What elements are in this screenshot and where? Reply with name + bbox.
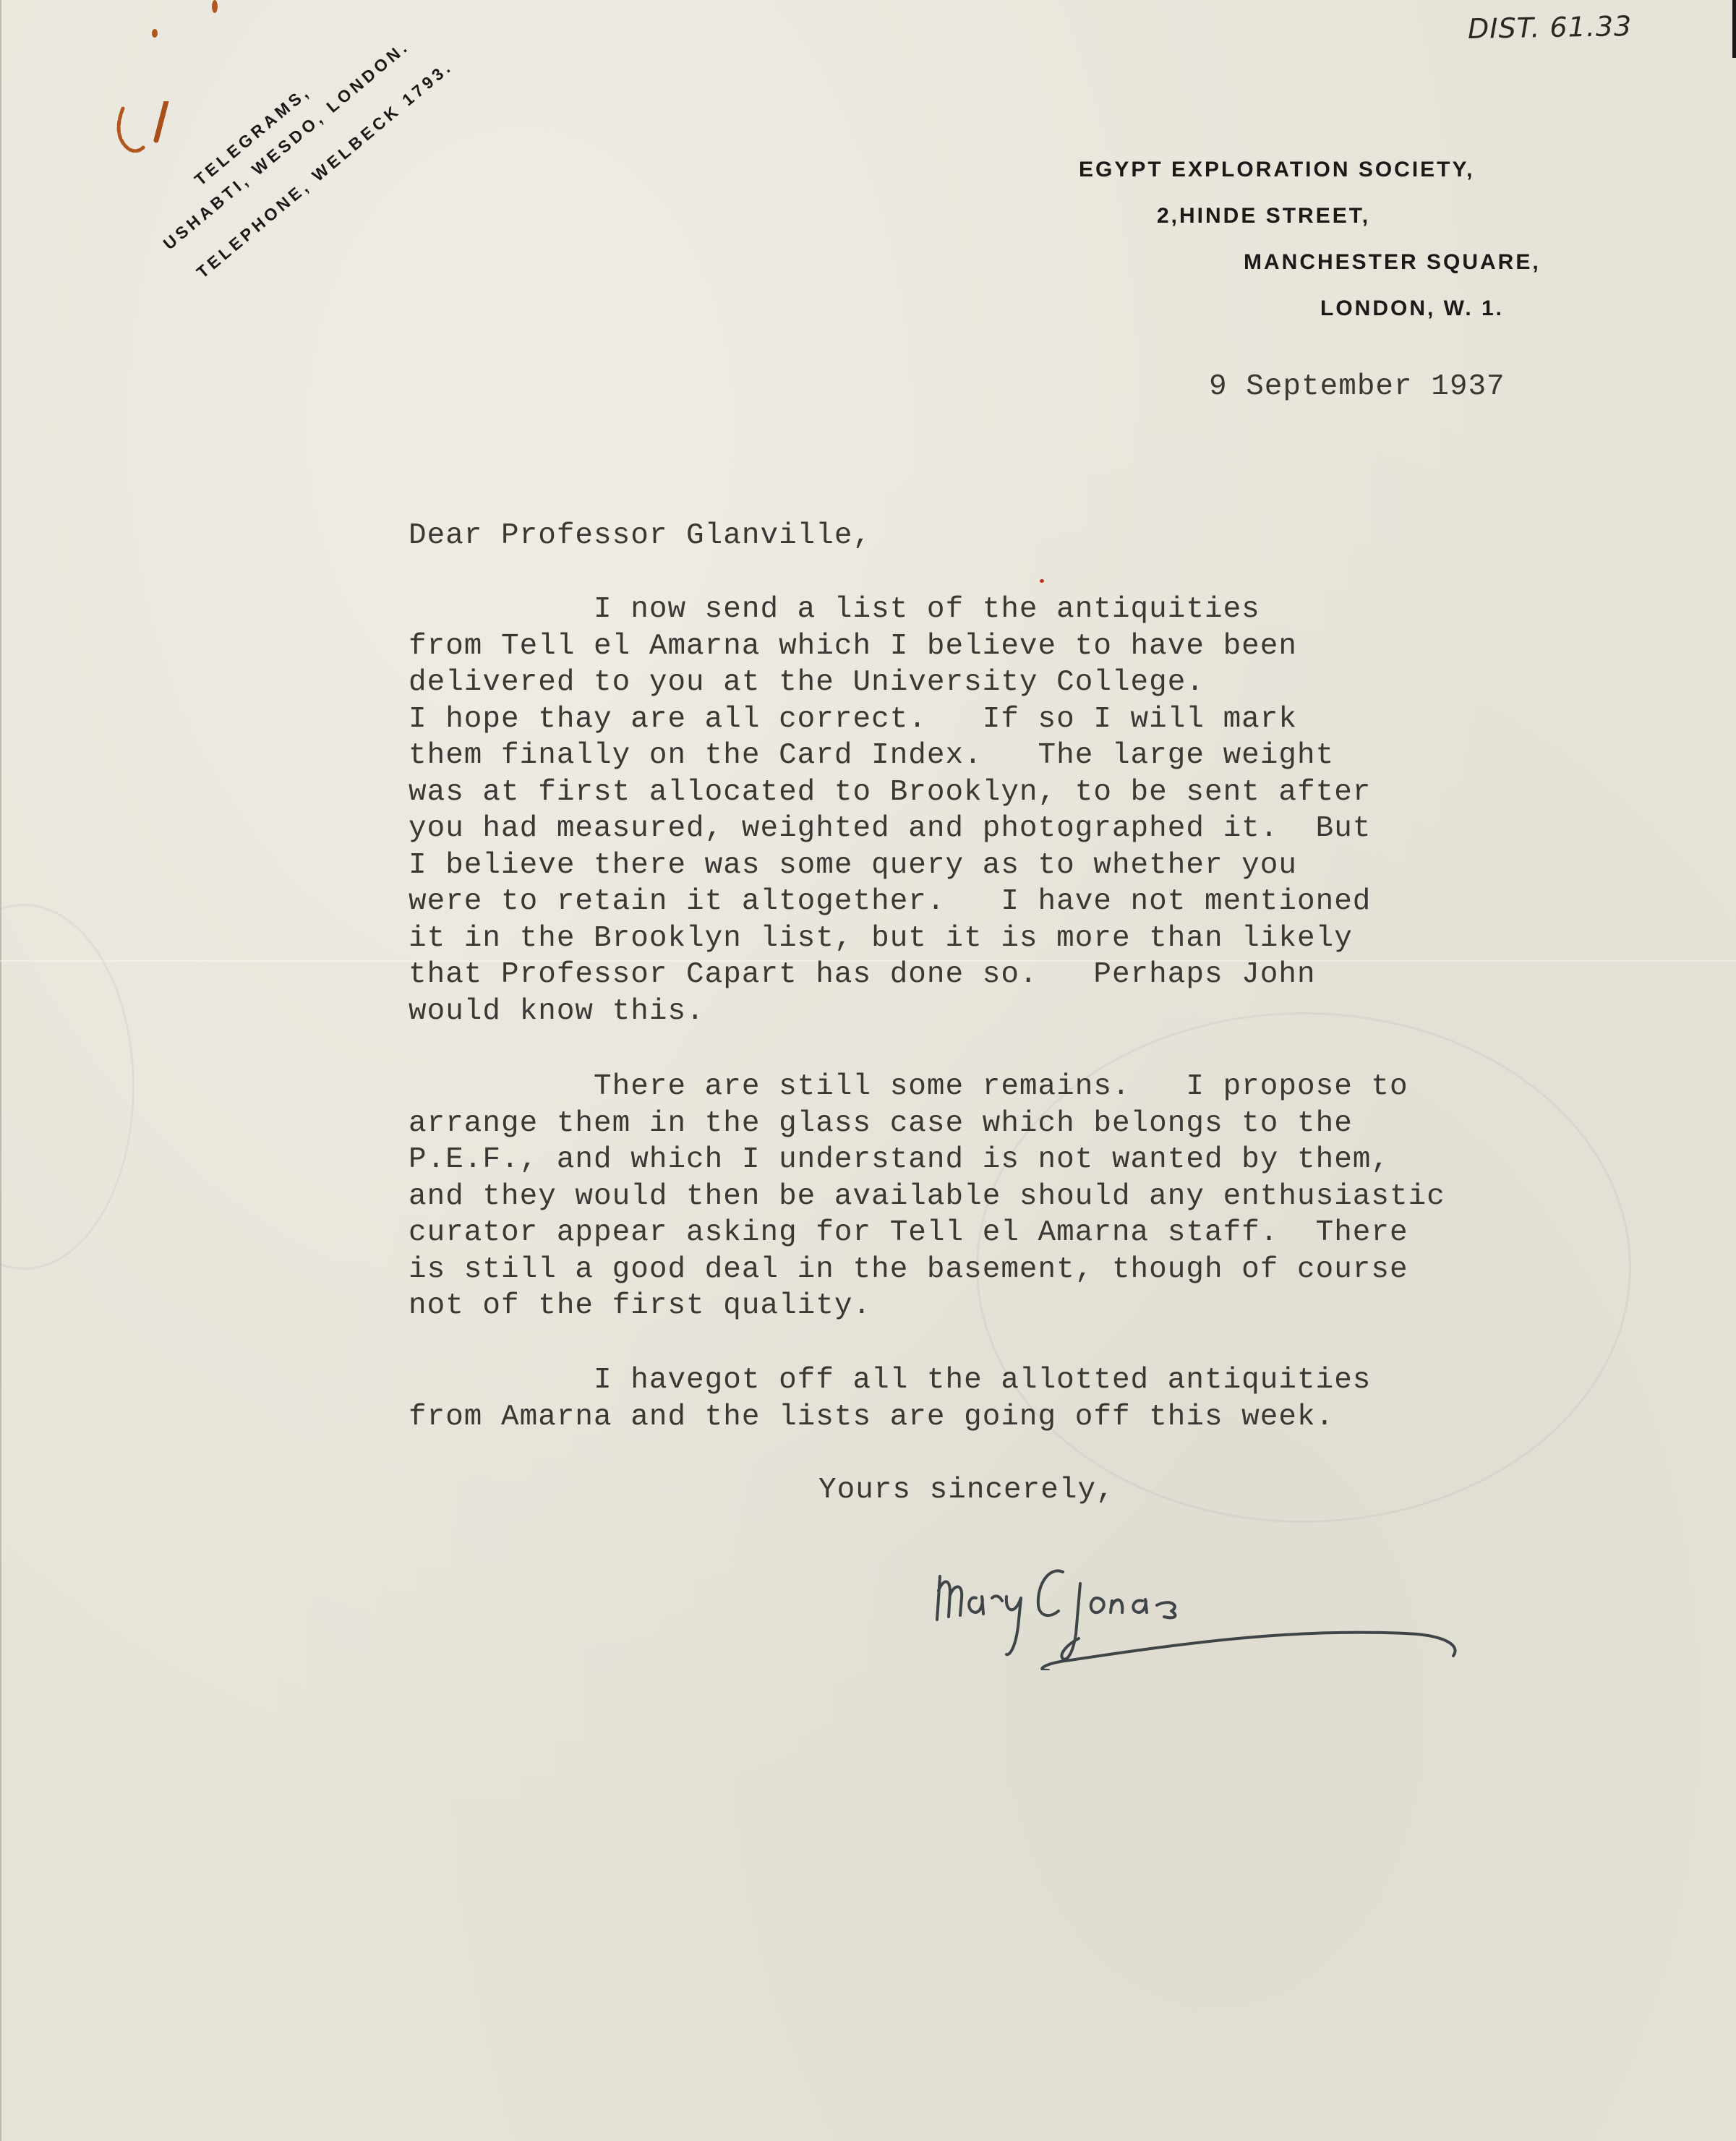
body-line: There are still some remains. I propose … bbox=[409, 1069, 1445, 1106]
telegrams-address: USHABTI, WESDO, LONDON. bbox=[160, 36, 414, 254]
body-line: P.E.F., and which I understand is not wa… bbox=[409, 1142, 1445, 1179]
closing: Yours sincerely, bbox=[818, 1474, 1115, 1507]
red-u-mark-icon bbox=[116, 101, 181, 159]
letterhead-organization: EGYPT EXPLORATION SOCIETY, bbox=[1079, 158, 1475, 182]
body-line: I now send a list of the antiquities bbox=[409, 591, 1371, 628]
letter-date: 9 September 1937 bbox=[1209, 370, 1505, 403]
body-line: would know this. bbox=[409, 993, 1371, 1030]
body-line: was at first allocated to Brooklyn, to b… bbox=[409, 774, 1371, 811]
telegram-telephone-block: TELEGRAMS, USHABTI, WESDO, LONDON. TELEP… bbox=[148, 0, 436, 192]
body-line: I havegot off all the allotted antiquiti… bbox=[409, 1362, 1371, 1399]
red-crayon-mark bbox=[116, 101, 174, 152]
body-line: them finally on the Card Index. The larg… bbox=[409, 738, 1371, 774]
body-line: arrange them in the glass case which bel… bbox=[409, 1106, 1445, 1142]
body-line: that Professor Capart has done so. Perha… bbox=[409, 957, 1371, 993]
letterhead-street: 2,HINDE STREET, bbox=[1157, 204, 1370, 228]
paragraph-3: I havegot off all the allotted antiquiti… bbox=[409, 1362, 1371, 1435]
red-crayon-dot bbox=[212, 0, 218, 13]
body-line: I hope thay are all correct. If so I wil… bbox=[409, 701, 1371, 738]
body-line: you had measured, weighted and photograp… bbox=[409, 811, 1371, 847]
body-line: were to retain it altogether. I have not… bbox=[409, 884, 1371, 920]
signature: Mary Jonas bbox=[925, 1526, 1475, 1670]
body-line: and they would then be available should … bbox=[409, 1179, 1445, 1215]
body-line: I believe there was some query as to whe… bbox=[409, 847, 1371, 884]
red-ink-dot bbox=[1040, 579, 1044, 583]
body-line: from Amarna and the lists are going off … bbox=[409, 1399, 1371, 1436]
letterhead-city: LONDON, W. 1. bbox=[1320, 296, 1504, 321]
body-line: curator appear asking for Tell el Amarna… bbox=[409, 1215, 1445, 1252]
paragraph-2: There are still some remains. I propose … bbox=[409, 1069, 1445, 1325]
body-line: it in the Brooklyn list, but it is more … bbox=[409, 920, 1371, 957]
body-line: not of the first quality. bbox=[409, 1288, 1445, 1325]
paper-watermark bbox=[0, 904, 134, 1270]
archive-reference: DIST. 61.33 bbox=[1468, 10, 1633, 45]
body-line: delivered to you at the University Colle… bbox=[409, 664, 1371, 701]
body-line: from Tell el Amarna which I believe to h… bbox=[409, 628, 1371, 665]
letterhead-square: MANCHESTER SQUARE, bbox=[1244, 250, 1541, 275]
red-crayon-dot bbox=[152, 29, 158, 38]
telephone-number: TELEPHONE, WELBECK 1793. bbox=[193, 56, 457, 282]
page-right-edge-shadow bbox=[1732, 0, 1736, 58]
body-line: is still a good deal in the basement, th… bbox=[409, 1252, 1445, 1289]
salutation: Dear Professor Glanville, bbox=[409, 519, 871, 552]
paragraph-1: I now send a list of the antiquities fro… bbox=[409, 591, 1371, 1030]
